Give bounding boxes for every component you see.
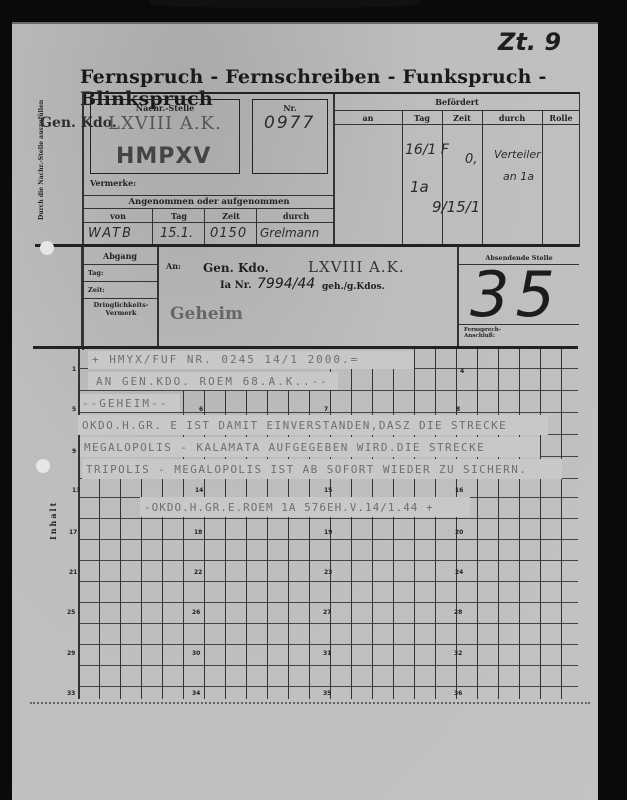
message-line-2: AN GEN.KDO. ROEM 68.A.K..-- [96, 375, 329, 388]
an-recipient: Gen. Kdo. [203, 261, 269, 275]
grid-number: 30 [192, 650, 200, 657]
message-line-1: + HMYX/FUF NR. 0245 14/1 2000.= [92, 353, 359, 366]
grid-number: 19 [324, 529, 332, 536]
grid-number: 23 [324, 569, 332, 576]
grid-number: 25 [67, 609, 75, 616]
nr-label: Nr. [252, 103, 328, 113]
fernsprech-label: Fernsprech-Anschluß: [464, 327, 504, 339]
grid-number: 26 [192, 609, 200, 616]
grid-number: 16 [455, 487, 463, 494]
grid-number: 28 [454, 609, 462, 616]
angenommen-col-tag: Tag [154, 211, 204, 221]
dringlichkeit-label: Dringlichkeits-Vermerk [84, 301, 158, 317]
grid-number: 33 [67, 690, 75, 697]
message-line-6: TRIPOLIS - MEGALOPOLIS IST AB SOFORT WIE… [86, 463, 527, 476]
befoerdert-col-rolle: Rolle [542, 113, 580, 123]
befoerdert-label: Befördert [334, 97, 580, 107]
an-label: An: [166, 261, 181, 271]
perforation-line [30, 702, 590, 706]
grid-number: 34 [192, 690, 200, 697]
message-line-3: --GEHEIM-- [82, 397, 168, 410]
grid-number: 20 [455, 529, 463, 536]
grid-number: 31 [323, 650, 331, 657]
befoerdert-zeit-value: 0, [465, 152, 477, 167]
grid-number: 17 [69, 529, 77, 536]
top-right-note: Zt. 9 [498, 28, 561, 56]
angenommen-zeit-value: 0150 [210, 226, 247, 241]
grid-number: 24 [455, 569, 463, 576]
callsign-stamp: HMPXV [116, 144, 211, 169]
grid-number: 21 [69, 569, 77, 576]
inhalt-label: Inhalt [48, 501, 58, 540]
punch-hole [40, 241, 54, 255]
angenommen-col-von: von [84, 211, 152, 221]
angenommen-tag-value: 15.1. [160, 226, 193, 241]
befoerdert-durch-value: Verteiler [494, 148, 541, 161]
angenommen-von-value: WATB [88, 226, 133, 241]
nachr-stelle-stamp: LXVIII A.K. [108, 113, 222, 134]
grid-number: 13 [72, 487, 80, 494]
an-classification: geh./g.Kdos. [322, 282, 385, 292]
grid-number: 6 [199, 406, 203, 413]
befoerdert-col-tag: Tag [402, 113, 442, 123]
side-vertical-label: Durch die Nachr.-Stelle auszufüllen [38, 90, 45, 220]
punch-hole [36, 459, 50, 473]
grid-number: 32 [454, 650, 462, 657]
angenommen-col-durch: durch [258, 211, 334, 221]
grid-number: 15 [324, 487, 332, 494]
angenommen-label: Angenommen oder aufgenommen [84, 197, 334, 207]
message-line-7: -OKDO.H.GR.E.ROEM 1A 576EH.V.14/1.44 + [144, 501, 434, 514]
grid-number: 1 [72, 366, 76, 373]
paper-fold-line [12, 22, 598, 24]
befoerdert-col-zeit: Zeit [442, 113, 482, 123]
secret-stamp: Geheim [170, 304, 243, 324]
grid-number: 7 [324, 406, 328, 413]
an-ref-prefix: Ia Nr. [220, 280, 252, 291]
grid-number: 5 [72, 406, 76, 413]
befoerdert-tag-value-2: 1a [410, 178, 429, 196]
grid-number: 29 [67, 650, 75, 657]
grid-number: 36 [454, 690, 462, 697]
befoerdert-zeit-value-2: 9/15/1 [432, 198, 480, 216]
befoerdert-tag-value: 16/1 F [405, 142, 449, 158]
grid-number: 8 [456, 406, 460, 413]
absendende-stelle-value: 35 [470, 258, 561, 331]
befoerdert-col-an: an [334, 113, 402, 123]
nr-value: 0977 [264, 113, 315, 133]
grid-number: 35 [323, 690, 331, 697]
message-line-4: OKDO.H.GR. E IST DAMIT EINVERSTANDEN,DAS… [82, 419, 507, 432]
an-ref-number: 7994/44 [257, 276, 315, 292]
nachr-stelle-label: Nachr.-Stelle [90, 103, 240, 113]
message-line-5: MEGALOPOLIS - KALAMATA AUFGEGEBEN WIRD.D… [84, 441, 485, 454]
abgang-tag-label: Tag: [88, 269, 103, 277]
an-corps: LXVIII A.K. [308, 258, 405, 276]
angenommen-durch-value: Grelmann [260, 226, 319, 240]
grid-number: 14 [195, 487, 203, 494]
grid-number: 9 [72, 448, 76, 455]
befoerdert-col-durch: durch [482, 113, 542, 123]
vermerke-label: Vermerke: [90, 178, 136, 188]
grid-number: 18 [194, 529, 202, 536]
scan-shadow [150, 0, 420, 8]
angenommen-col-zeit: Zeit [206, 211, 256, 221]
abgang-label: Abgang [82, 251, 158, 261]
grid-number: 4 [460, 368, 464, 375]
abgang-zeit-label: Zeit: [88, 286, 105, 294]
title-rule [82, 92, 580, 94]
befoerdert-durch-value-2: an 1a [503, 170, 534, 183]
grid-number: 27 [323, 609, 331, 616]
grid-number: 22 [194, 569, 202, 576]
